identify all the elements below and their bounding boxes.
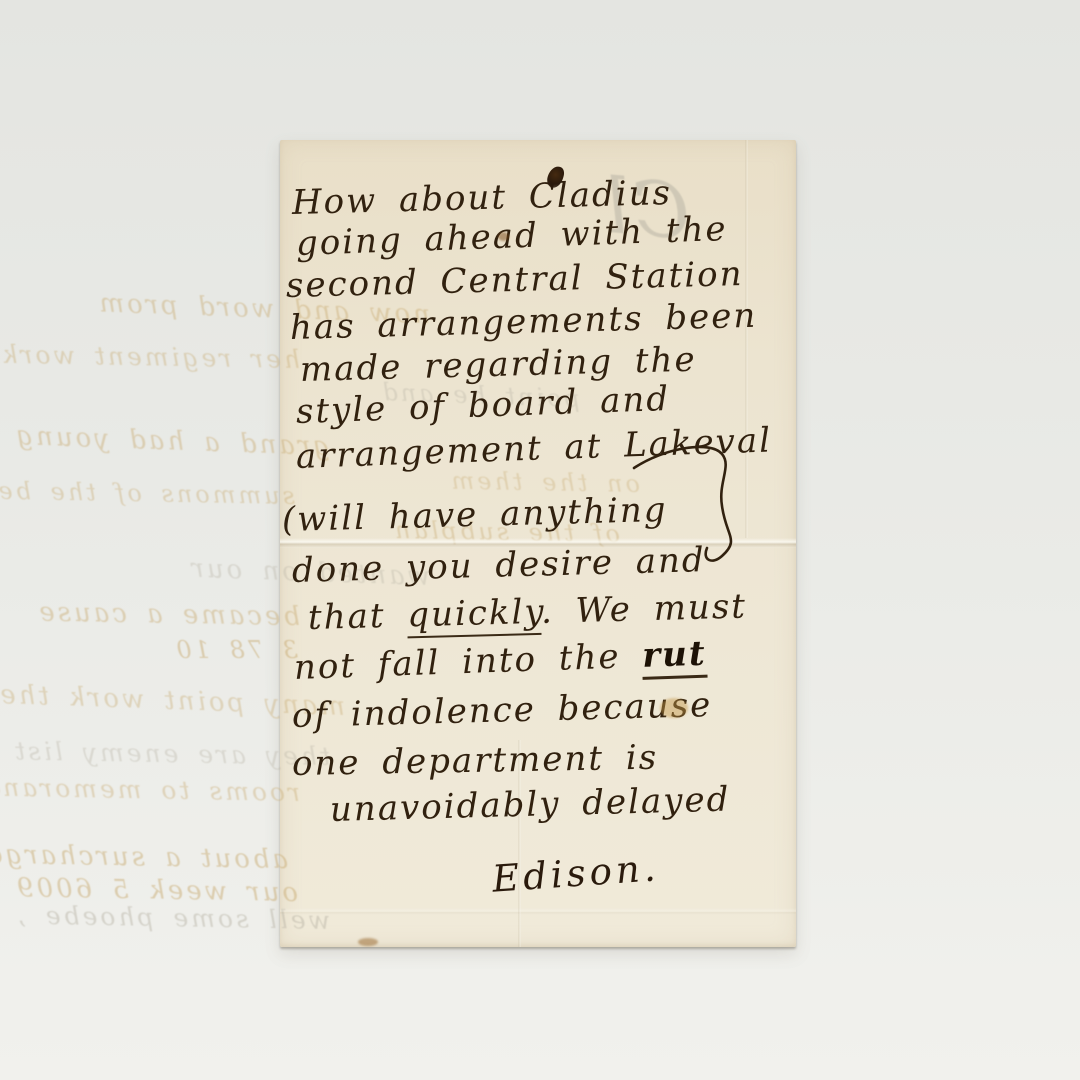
handwriting-line: (will have anything (281, 490, 667, 540)
fold-crease-vertical-upper (745, 140, 748, 538)
paper-stain (358, 938, 378, 946)
handwriting-segment: . We must (540, 587, 747, 632)
bleedthrough-fragment: 3 78 10 (173, 636, 298, 664)
handwriting-segment: (will have anything (281, 490, 667, 540)
bleedthrough-fragment: grand a had young them (0, 418, 331, 462)
bleedthrough-fragment: became a cause (36, 597, 300, 632)
handwriting-line: done you desire and (291, 540, 706, 591)
signature: Edison. (491, 846, 661, 901)
fold-crease-horizontal-lower (280, 908, 796, 915)
handwriting-segment: one department is (292, 738, 659, 784)
photo-background: Clnow and word promher regiment work the… (0, 0, 1080, 1080)
handwriting-segment: rut (642, 634, 708, 680)
bleedthrough-fragment: they are enemy list (12, 736, 330, 771)
handwriting-segment: unavoidably delayed (329, 780, 730, 830)
handwriting-segment: of indolence because (291, 685, 712, 736)
handwriting-segment: quickly (407, 592, 542, 638)
handwriting-segment: done you desire and (291, 540, 706, 591)
bleedthrough-fragment: rooms to memorandum (0, 772, 300, 807)
letter-page: Clnow and word promher regiment work the… (280, 140, 796, 947)
bleedthrough-fragment: about a surcharge regulator (0, 837, 288, 875)
handwriting-line: not fall into the rut (293, 634, 707, 688)
handwriting-segment: not fall into the (293, 636, 643, 688)
bleedthrough-fragment: summons of the before each (0, 474, 295, 510)
bleedthrough-fragment: well some phoebe , (15, 901, 331, 935)
handwriting-line: unavoidably delayed (329, 780, 730, 830)
handwriting-line: of indolence because (291, 685, 712, 736)
bleedthrough-fragment: her regiment work then (0, 338, 300, 374)
handwriting-line: that quickly. We must (307, 587, 747, 638)
handwriting-segment: that (307, 595, 407, 638)
handwriting-line: one department is (292, 738, 659, 784)
bleedthrough-fragment: our week 5 6009 8 204 (0, 871, 298, 908)
